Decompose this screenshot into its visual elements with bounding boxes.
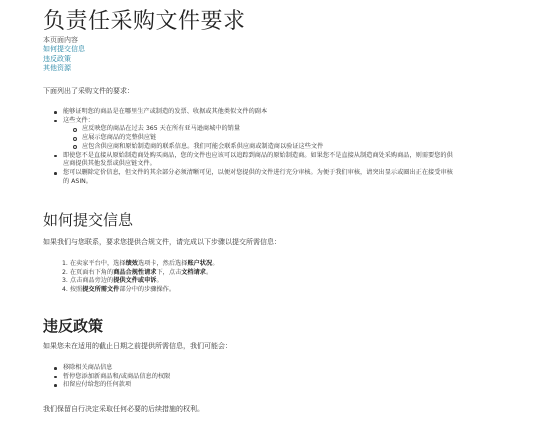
section-heading-how-to-submit: 如何提交信息 [43,209,133,230]
toc-link-other-resources[interactable]: 其他资源 [43,64,85,73]
page-title: 负责任采购文件要求 [43,4,246,35]
violations-footer: 我们保留自行决定采取任何必要的后续措施的权利。 [43,405,204,414]
step-item: 3. 点击商品旁边的提供文件或申诉。 [62,277,218,286]
list-item-continuation: 应商提供其他发票或供应链文件。 [54,160,453,169]
list-item-continuation: 的 ASIN。 [54,178,453,187]
step-item: 2. 在页面右下角的商品合规性请求下，点击文档请求。 [62,269,218,278]
sub-list-item: 应包含供应商和原始制造商的联系信息。我们可能会联系供应商或制造商以验证这些文件 [54,143,453,152]
how-to-submit-text: 如果我们与您联系，要求您提供合规文件，请完成以下步骤以提交所需信息： [43,238,281,247]
list-item: 移除相关商品信息 [54,364,170,373]
step-item: 4. 按照提交所需文件部分中的步骤操作。 [62,286,218,295]
toc-link-how-to-submit[interactable]: 如何提交信息 [43,45,85,54]
violations-text: 如果您未在适用的截止日期之前提供所需信息，我们可能会： [43,342,232,351]
list-item: 扣留应付给您的任何款项 [54,381,170,390]
section-heading-violations: 违反政策 [43,315,103,336]
toc-link-violations[interactable]: 违反政策 [43,55,85,64]
step-item: 1. 在卖家平台中，选择绩效选项卡，然后选择账户状况。 [62,260,218,269]
submit-steps-list: 1. 在卖家平台中，选择绩效选项卡，然后选择账户状况。 2. 在页面右下角的商品… [62,260,218,294]
toc-label: 本页面内容 [43,36,85,45]
table-of-contents: 本页面内容 如何提交信息 违反政策 其他资源 [43,36,85,73]
requirements-list: 能够证明您的商品是在哪里生产或制造的发票、收据或其他类似文件的副本 这些文件： … [54,108,453,186]
list-item: 您可以删除定价信息，但文件的其余部分必须清晰可见，以便对您提供的文件进行充分审核… [54,169,453,178]
list-item: 能够证明您的商品是在哪里生产或制造的发票、收据或其他类似文件的副本 [54,108,453,117]
sub-list-item: 应展示您商品的完整供应链 [54,134,453,143]
intro-text: 下面列出了采购文件的要求： [43,87,134,96]
sub-list-item: 应反映您的商品在过去 365 天在所有亚马逊商城中的销量 [54,125,453,134]
list-item: 即使您不是直接从原始制造商处购买商品，您的文件也应该可以追踪到商品的原始制造商。… [54,152,453,161]
violations-list: 移除相关商品信息 暂停您添加新商品和/或商品信息的权限 扣留应付给您的任何款项 [54,364,170,390]
